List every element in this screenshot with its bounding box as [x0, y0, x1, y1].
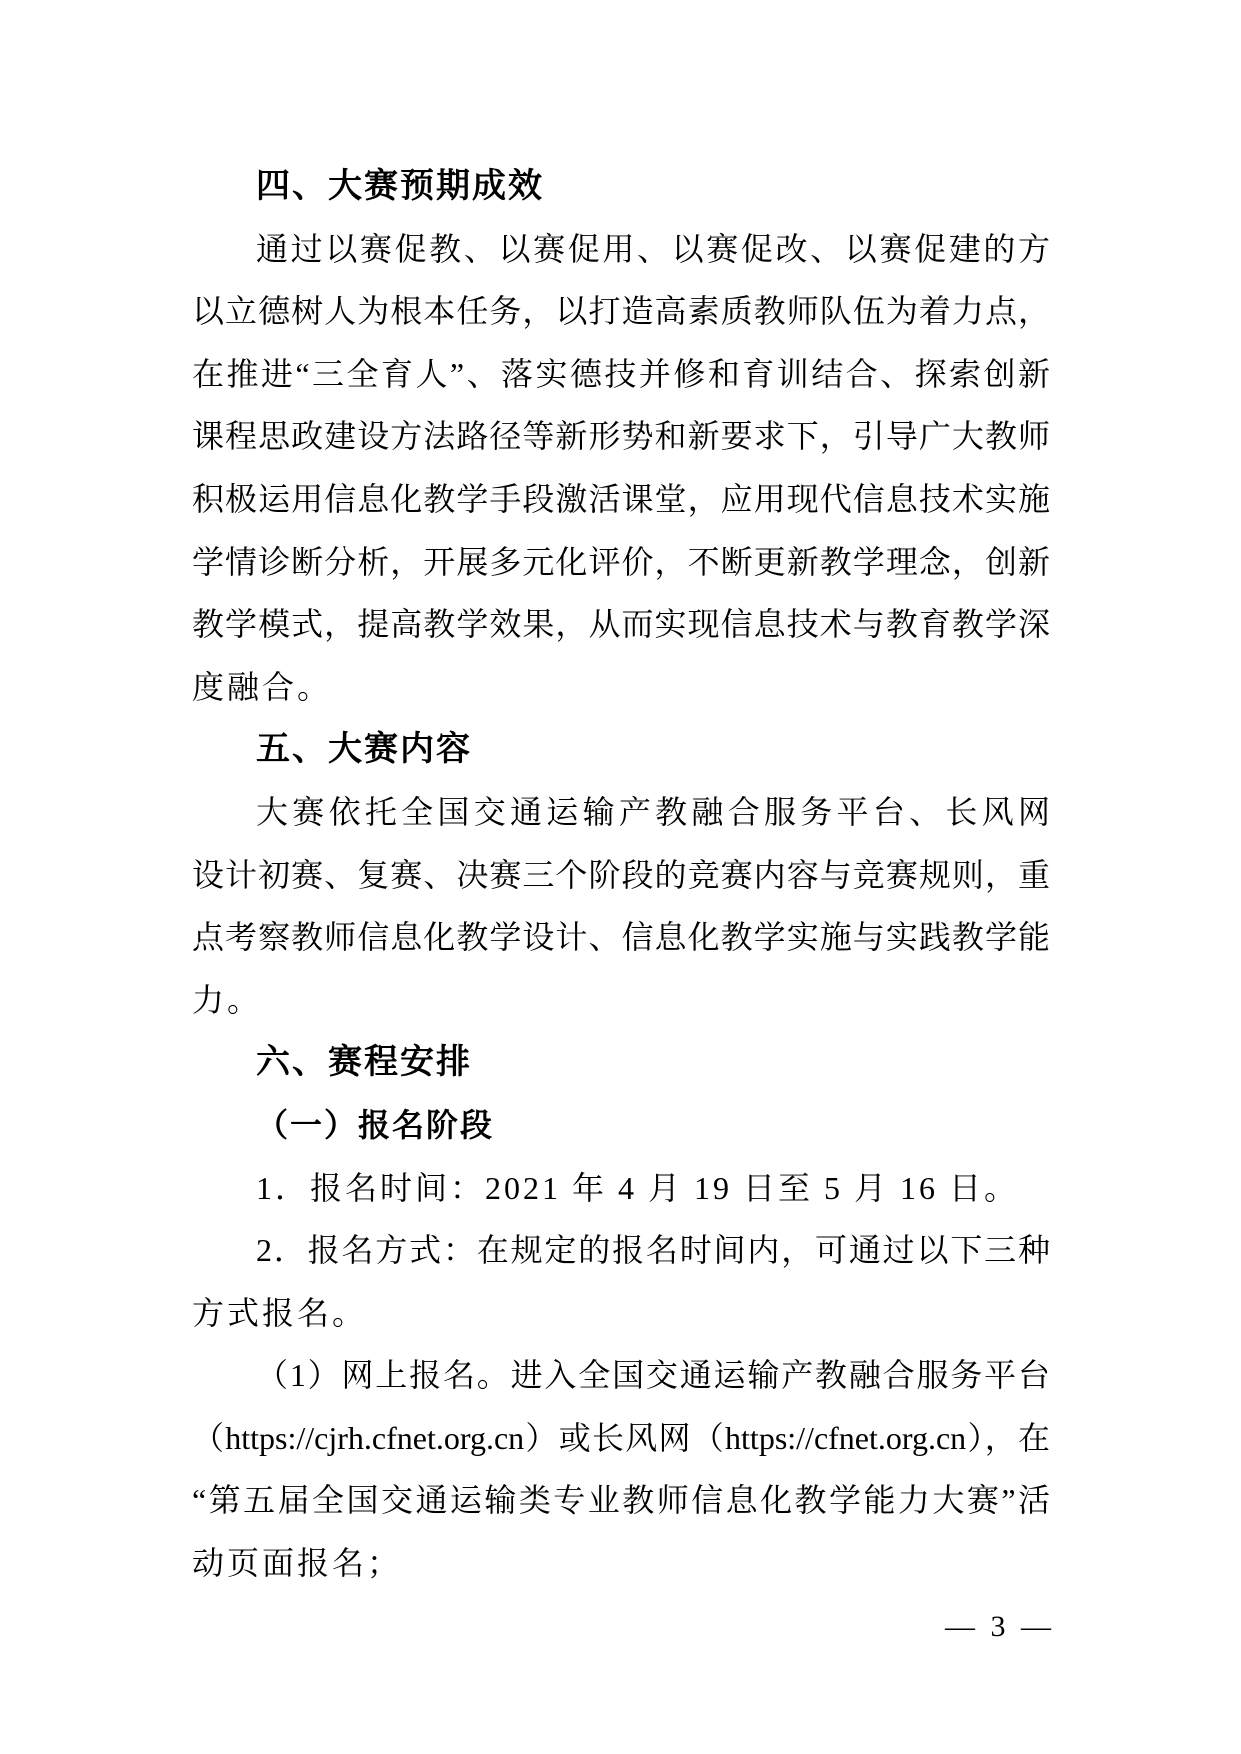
- text-line: 积极运用信息化教学手段激活课堂，应用现代信息技术实施: [192, 468, 1050, 531]
- text-line: 教学模式，提高教学效果，从而实现信息技术与教育教学深: [192, 593, 1050, 656]
- text-line: 课程思政建设方法路径等新形势和新要求下，引导广大教师: [192, 405, 1050, 468]
- section-heading-5: 五、大赛内容: [192, 718, 1050, 781]
- text-line: 度融合。: [192, 656, 1050, 719]
- document-body: 四、大赛预期成效 通过以赛促教、以赛促用、以赛促改、以赛促建的方式， 以立德树人…: [192, 155, 1050, 1595]
- text-line: 以立德树人为根本任务，以打造高素质教师队伍为着力点，: [192, 280, 1050, 343]
- text-line: 在推进“三全育人”、落实德技并修和育训结合、探索创新: [192, 343, 1050, 406]
- text-line: “第五届全国交通运输类专业教师信息化教学能力大赛”活: [192, 1469, 1050, 1532]
- text-line: （1）网上报名。进入全国交通运输产教融合服务平台: [192, 1344, 1050, 1407]
- text-line-url: （https://cjrh.cfnet.org.cn）或长风网（https://…: [192, 1407, 1050, 1470]
- document-page: 四、大赛预期成效 通过以赛促教、以赛促用、以赛促改、以赛促建的方式， 以立德树人…: [0, 0, 1241, 1754]
- subsection-heading: （一）报名阶段: [192, 1094, 1050, 1157]
- page-number: — 3 —: [945, 1607, 1055, 1647]
- section-heading-6: 六、赛程安排: [192, 1031, 1050, 1094]
- text-line: 2．报名方式：在规定的报名时间内，可通过以下三种: [192, 1219, 1050, 1282]
- text-line: 学情诊断分析，开展多元化评价，不断更新教学理念，创新: [192, 531, 1050, 594]
- text-line: 方式报名。: [192, 1282, 1050, 1345]
- text-line: 点考察教师信息化教学设计、信息化教学实施与实践教学能: [192, 906, 1050, 969]
- section-heading-4: 四、大赛预期成效: [192, 155, 1050, 218]
- text-line: 设计初赛、复赛、决赛三个阶段的竞赛内容与竞赛规则，重: [192, 844, 1050, 907]
- text-line: 1．报名时间：2021 年 4 月 19 日至 5 月 16 日。: [192, 1157, 1050, 1220]
- text-line: 通过以赛促教、以赛促用、以赛促改、以赛促建的方式，: [192, 218, 1050, 281]
- text-line: 动页面报名；: [192, 1532, 1050, 1595]
- text-line: 力。: [192, 969, 1050, 1032]
- text-line: 大赛依托全国交通运输产教融合服务平台、长风网 APP，: [192, 781, 1050, 844]
